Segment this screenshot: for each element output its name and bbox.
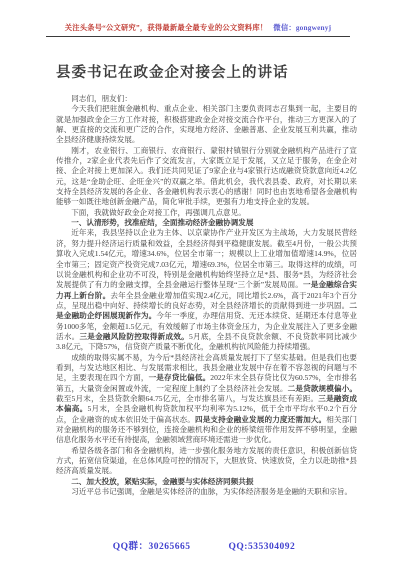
section-heading: 一、认清形势，找准症结，全面推动经济金融协调发展 (56, 218, 357, 228)
document-page: 关注头条号“公文研究”，获得最新最全最专业的公文资料库！微信：gongwenyj… (0, 0, 408, 580)
document-title: 县委书记在政金企对接会上的讲话 (56, 61, 356, 82)
paragraph: 刚才，农业银行、工商银行、农商银行、蒙银村镇银行分别就金融机构产品进行了宣传推介… (56, 146, 357, 208)
text-segment: 刚才，农业银行、工商银行、农商银行、蒙银村镇银行分别就金融机构产品进行了宣传推介… (56, 146, 357, 207)
text-segment: 习近平总书记强调，金融是实体经济的血脉，为实体经济服务是金融的天职和宗旨。 (71, 487, 352, 496)
paragraph: 习近平总书记强调，金融是实体经济的血脉，为实体经济服务是金融的天职和宗旨。 (56, 487, 357, 497)
footer-qq: QQ:535304092 (229, 542, 296, 552)
bold-text-segment: 三是金融风险防控取得新成效。 (79, 332, 189, 341)
text-segment: 下面，我就做好政金企对接工作，再强调几点意见。 (71, 208, 246, 217)
paragraph: 下面，我就做好政金企对接工作，再强调几点意见。 (56, 208, 357, 218)
paragraph: 成绩的取得实属不易，为今后*县经济社会高质量发展打下了坚实基础。但是我们也要看到… (56, 353, 357, 446)
section-heading: 二、加大投放，紧贴实际，金融要与实体经济同频共振 (56, 477, 357, 487)
bold-text-segment: 二、加大投放，紧贴实际，金融要与实体经济同频共振 (71, 477, 253, 486)
text-segment: 截至5月末，全县贷款余额64.75亿元，全市排名第八，与发达旗县还有差距。 (56, 394, 318, 403)
bold-text-segment: 四是支持金融业发展的力度还需加大。 (195, 415, 326, 424)
wechat-contact: 微信：gongwenyj (273, 23, 331, 32)
text-segment: 今天我们把驻旗金融机构、重点企业、相关部门主要负责同志召集到一起，主要目的就是加… (56, 104, 357, 144)
bold-text-segment: 一、认清形势，找准症结，全面推动经济金融协调发展 (71, 218, 253, 227)
bold-text-segment: 一是存贷比偏低。 (149, 373, 211, 382)
paragraph: 近年来，我县坚持以企业为主体、以京蒙协作产业开发区为主战场，大力发展民营经济，努… (56, 228, 357, 352)
bold-text-segment: 二是贷款规模偏小。 (288, 384, 357, 393)
text-segment: 希望各级各部门和各金融机构，进一步强化服务地方发展的责任意识，积极创新信贷方式，… (56, 446, 357, 476)
document-body: 同志们，朋友们：今天我们把驻旗金融机构、重点企业、相关部门主要负责同志召集到一起… (56, 94, 357, 497)
paragraph: 今天我们把驻旗金融机构、重点企业、相关部门主要负责同志召集到一起，主要目的就是加… (56, 104, 357, 145)
paragraph: 同志们，朋友们： (56, 94, 357, 104)
paragraph: 希望各级各部门和各金融机构，进一步强化服务地方发展的责任意识，积极创新信贷方式，… (56, 446, 357, 477)
footer-contacts: QQ群：30265665QQ:535304092 (0, 538, 408, 552)
header-banner: 关注头条号“公文研究”，获得最新最全最专业的公文资料库！微信：gongwenyj (46, 23, 350, 37)
footer-qq-group: QQ群：30265665 (113, 542, 191, 552)
header-notice: 关注头条号“公文研究”，获得最新最全最专业的公文资料库！ (65, 23, 268, 32)
text-segment: 同志们，朋友们： (71, 94, 132, 103)
